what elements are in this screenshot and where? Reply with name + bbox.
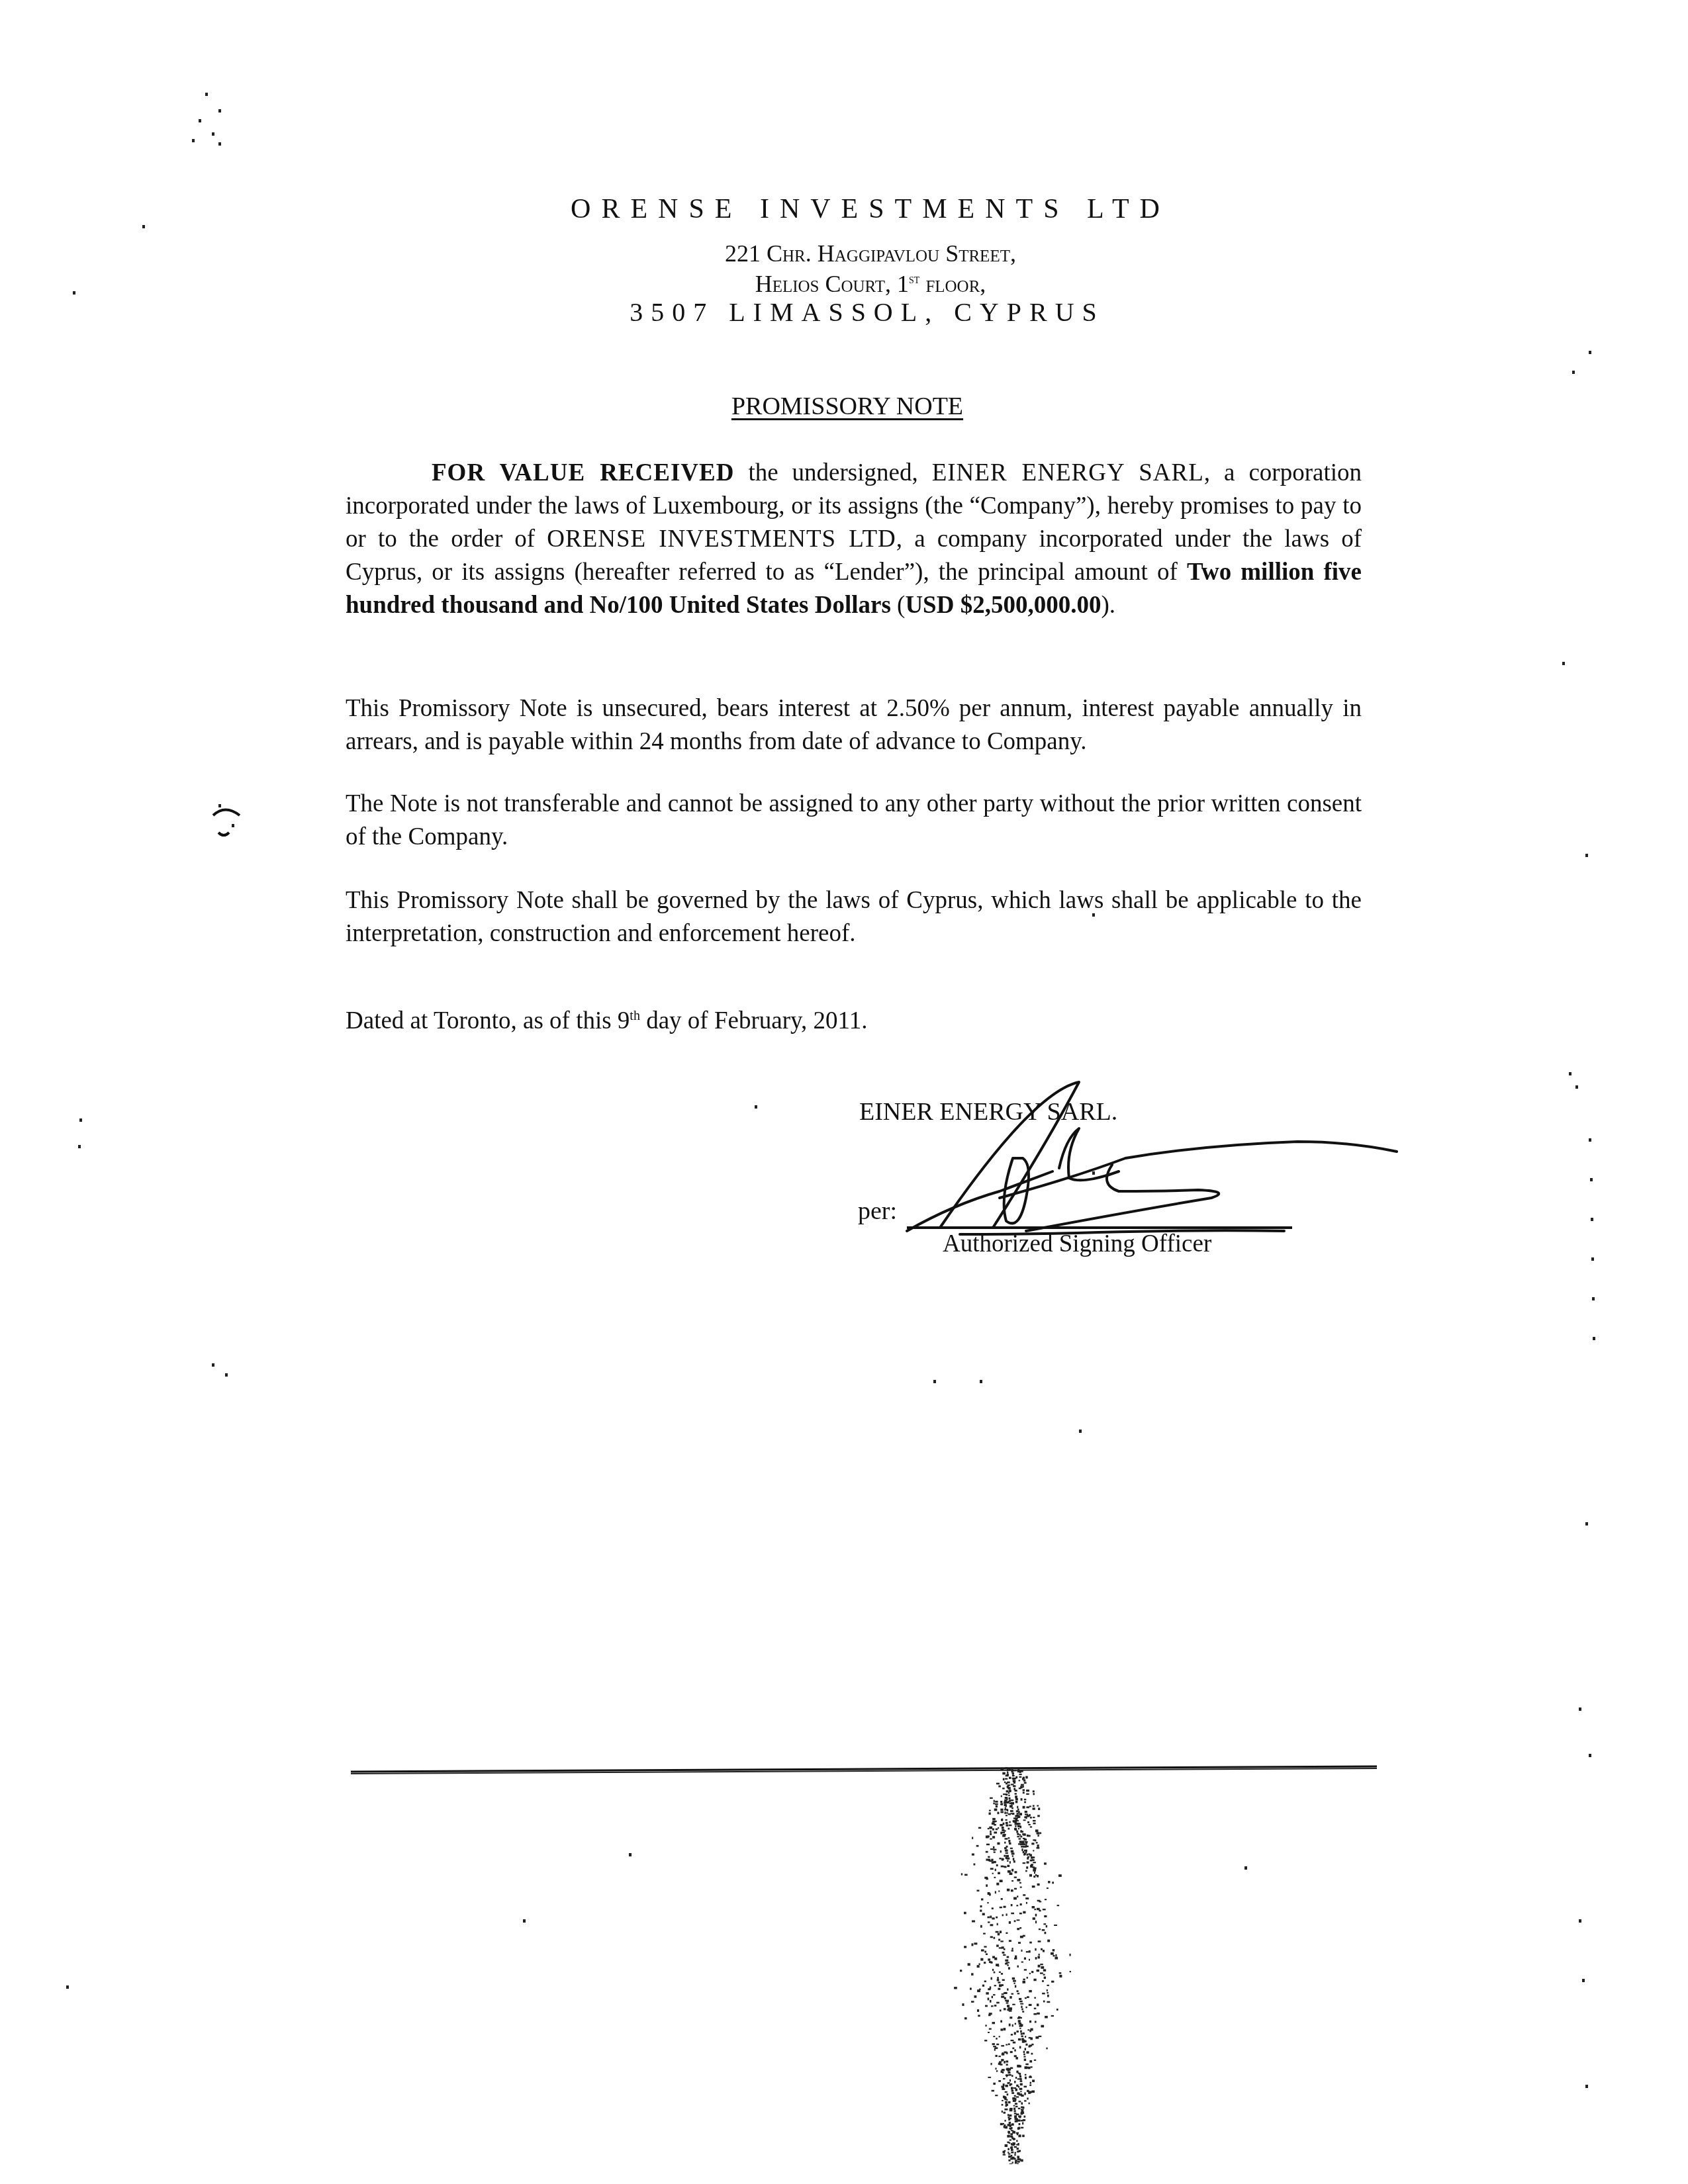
paragraph-value-received: FOR VALUE RECEIVED the undersigned, EINE… [346,457,1362,622]
p1-text-4: ( [891,592,906,619]
document-page: ORENSE INVESTMENTS LTD 221 Chr. Haggipav… [0,0,1688,2184]
paragraph-interest-terms: This Promissory Note is unsecured, bears… [346,692,1362,758]
scan-noise-smudge-icon [953,1767,1072,2164]
dated-ordinal: th [630,1009,640,1023]
paragraph-transferability: The Note is not transferable and cannot … [346,788,1362,854]
address-line2-floor: floor, [919,271,986,297]
address-line2-text: Helios Court, 1 [755,271,909,297]
dated-month-year: day of February, 2011. [640,1007,868,1034]
letterhead-address-line1: 221 Chr. Haggipavlou Street, [0,240,1688,267]
lead-phrase: FOR VALUE RECEIVED [432,459,734,486]
p1-text-1: the undersigned, [734,459,931,486]
borrower-name: EINER ENERGY SARL [932,459,1204,486]
paragraph-governing-law: This Promissory Note shall be governed b… [346,884,1362,950]
handwritten-signature-icon [900,1066,1417,1244]
address-line2-ordinal: st [909,272,919,287]
scan-artifacts-icon [0,0,1688,2184]
horizontal-rule [351,1764,1377,1774]
letterhead-company-name: ORENSE INVESTMENTS LTD [0,193,1688,225]
signature-per-label: per: [858,1197,897,1226]
letterhead-address-line2: Helios Court, 1st floor, [0,270,1688,298]
lender-name: ORENSE INVESTMENTS LTD [547,525,896,553]
document-title: PROMISSORY NOTE [0,392,1688,421]
principal-amount-figures: USD $2,500,000.00 [905,592,1101,619]
letterhead-city-line: 3507 LIMASSOL, CYPRUS [0,296,1688,328]
dated-line: Dated at Toronto, as of this 9th day of … [346,999,1362,1038]
p1-text-5: ). [1101,592,1115,619]
dated-text: Dated at Toronto, as of this 9 [346,1007,630,1034]
